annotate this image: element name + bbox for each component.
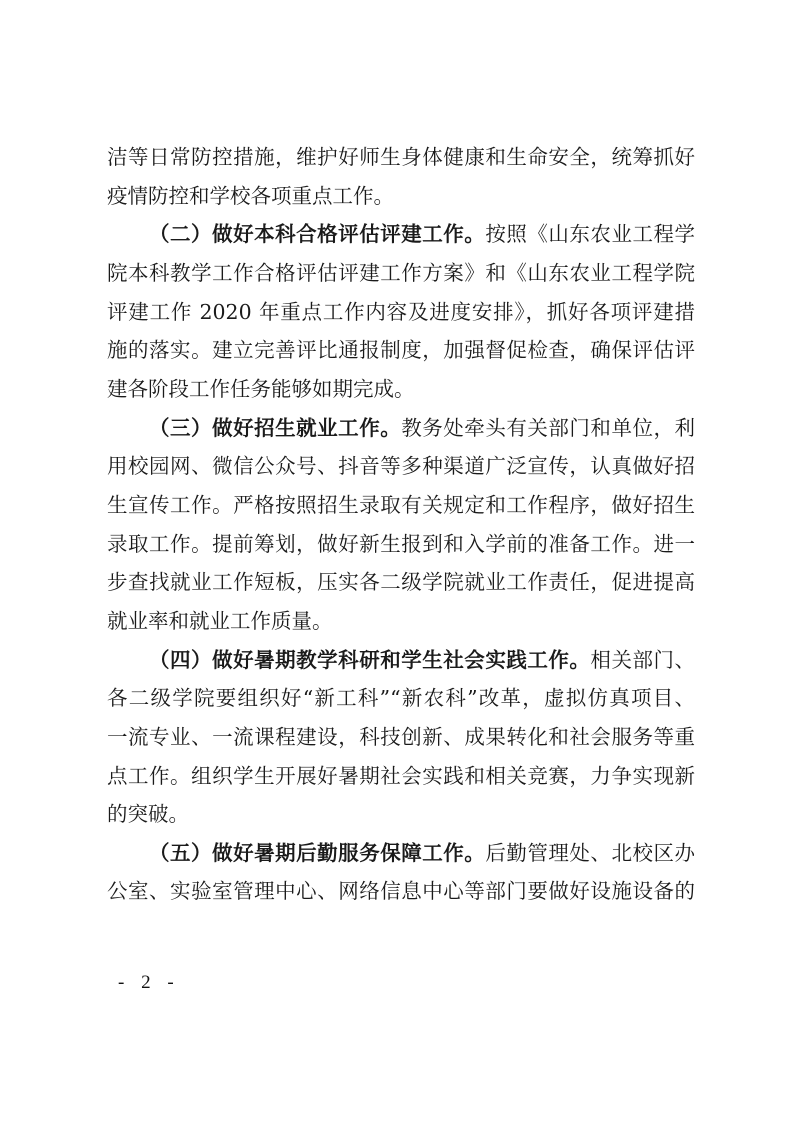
text-line: 院本科教学工作合格评估评建工作方案》和《山东农业工程学院 [107, 254, 695, 293]
section-heading: （五）做好暑期后勤服务保障工作。 [149, 841, 485, 865]
section-heading: （三）做好招生就业工作。 [149, 416, 401, 440]
page-number: - 2 - [118, 972, 180, 994]
text-line: 各二级学院要组织好“新工科”“新农科”改革，虚拟仿真项目、 [107, 679, 695, 718]
text-line: 施的落实。建立完善评比通报制度，加强督促检查，确保评估评 [107, 331, 695, 370]
text-line: （二）做好本科合格评估评建工作。按照《山东农业工程学 [107, 215, 695, 254]
text-line: 评建工作 2020 年重点工作内容及进度安排》，抓好各项评建措 [107, 293, 695, 332]
text-run: 后勤管理处、北校区办 [485, 841, 695, 865]
section-heading: （二）做好本科合格评估评建工作。 [149, 222, 485, 246]
text-run: 教务处牵头有关部门和单位，利 [401, 416, 695, 440]
text-line: 用校园网、微信公众号、抖音等多种渠道广泛宣传，认真做好招 [107, 447, 695, 486]
text-line: （四）做好暑期教学科研和学生社会实践工作。相关部门、 [107, 641, 695, 680]
text-line: 步查找就业工作短板，压实各二级学院就业工作责任，促进提高 [107, 563, 695, 602]
section-heading: （四）做好暑期教学科研和学生社会实践工作。 [149, 648, 590, 672]
text-line: 一流专业、一流课程建设，科技创新、成果转化和社会服务等重 [107, 718, 695, 757]
text-line: 就业率和就业工作质量。 [107, 602, 695, 641]
text-line: 洁等日常防控措施，维护好师生身体健康和生命安全，统筹抓好 [107, 138, 695, 177]
text-line: 疫情防控和学校各项重点工作。 [107, 177, 695, 216]
text-line: （三）做好招生就业工作。教务处牵头有关部门和单位，利 [107, 409, 695, 448]
text-run: 相关部门、 [590, 648, 695, 672]
text-line: 公室、实验室管理中心、网络信息中心等部门要做好设施设备的 [107, 872, 695, 911]
document-body: 洁等日常防控措施，维护好师生身体健康和生命安全，统筹抓好 疫情防控和学校各项重点… [107, 138, 695, 911]
text-line: 点工作。组织学生开展好暑期社会实践和相关竞赛，力争实现新 [107, 757, 695, 796]
text-line: 录取工作。提前筹划，做好新生报到和入学前的准备工作。进一 [107, 525, 695, 564]
text-line: 建各阶段工作任务能够如期完成。 [107, 370, 695, 409]
text-line: 生宣传工作。严格按照招生录取有关规定和工作程序，做好招生 [107, 486, 695, 525]
text-run: 按照《山东农业工程学 [485, 222, 695, 246]
text-line: （五）做好暑期后勤服务保障工作。后勤管理处、北校区办 [107, 834, 695, 873]
text-line: 的突破。 [107, 795, 695, 834]
document-page: 洁等日常防控措施，维护好师生身体健康和生命安全，统筹抓好 疫情防控和学校各项重点… [0, 0, 793, 1122]
